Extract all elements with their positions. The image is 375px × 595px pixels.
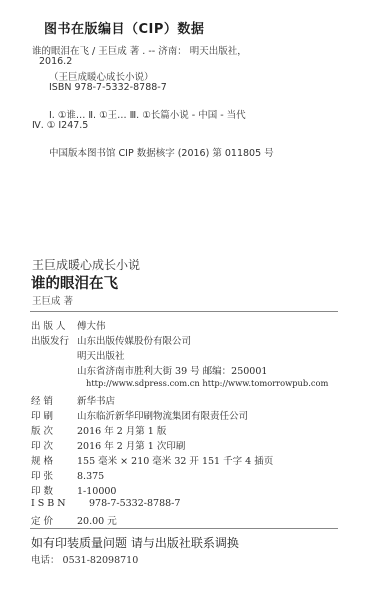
phone-number: 电话： 0531-82098710 [31, 552, 138, 566]
info-row-printing: 印 次2016 年 2 月第 1 次印刷 [31, 438, 185, 452]
info-value: 1-10000 [77, 486, 116, 497]
info-value: 2016 年 2 月第 1 版 [77, 423, 166, 437]
info-value: 978-7-5332-8788-7 [89, 498, 180, 509]
info-value: 2016 年 2 月第 1 次印刷 [77, 438, 185, 452]
info-row-sheets: 印 张8.375 [31, 468, 104, 482]
cip-record-isbn: ISBN 978-7-5332-8788-7 [49, 82, 167, 93]
info-row-printer: 印 刷山东临沂新华印刷物流集团有限责任公司 [31, 408, 248, 422]
cip-record-line1: 谁的眼泪在飞 / 王巨成 著 . -- 济南： 明天出版社， [32, 43, 247, 57]
info-label: 印 刷 [31, 408, 77, 422]
cip-record-line2: 2016.2 [39, 56, 72, 67]
info-row-format: 规 格155 毫米 × 210 毫米 32 开 151 千字 4 插页 [31, 453, 273, 467]
info-row-publisher: 出 版 人傅大伟 [31, 318, 106, 332]
info-row-press: 明天出版社 [31, 348, 125, 362]
info-row-edition: 版 次2016 年 2 月第 1 版 [31, 423, 166, 437]
info-label: I S B N [31, 498, 89, 509]
info-row-price: 定 价20.00 元 [31, 513, 117, 527]
info-value: 山东临沂新华印刷物流集团有限责任公司 [77, 408, 248, 422]
info-row-websites: http://www.sdpress.com.cn http://www.tom… [31, 378, 328, 388]
info-label: 规 格 [31, 453, 77, 467]
info-value: 新华书店 [77, 393, 115, 407]
cip-record-series: （王巨成暖心成长小说） [49, 69, 154, 83]
bottom-divider [30, 528, 338, 529]
info-value: 20.00 元 [77, 513, 117, 527]
info-value: http://www.sdpress.com.cn http://www.tom… [86, 378, 328, 388]
series-name: 王巨成暖心成长小说 [32, 256, 140, 273]
info-row-distributor: 出版发行山东出版传媒股份有限公司 [31, 333, 191, 347]
book-title: 谁的眼泪在飞 [31, 272, 118, 293]
info-label: 定 价 [31, 513, 77, 527]
info-row-seller: 经 销新华书店 [31, 393, 115, 407]
info-label: 经 销 [31, 393, 77, 407]
info-value: 傅大伟 [77, 318, 106, 332]
info-value: 8.375 [77, 471, 104, 482]
info-row-address: 山东省济南市胜利大街 39 号 邮编：250001 [31, 363, 267, 377]
info-label: 出版发行 [31, 333, 77, 347]
cip-verification: 中国版本图书馆 CIP 数据核字 (2016) 第 011805 号 [49, 145, 274, 159]
info-row-isbn: I S B N978-7-5332-8788-7 [31, 498, 180, 509]
author: 王巨成 著 [32, 293, 73, 307]
info-label: 印 次 [31, 438, 77, 452]
cip-heading: 图书在版编目（CIP）数据 [44, 18, 204, 37]
info-label: 版 次 [31, 423, 77, 437]
info-value: 山东出版传媒股份有限公司 [77, 333, 191, 347]
quality-notice: 如有印装质量问题 请与出版社联系调换 [31, 534, 239, 551]
info-label: 印 张 [31, 468, 77, 482]
info-value: 明天出版社 [77, 348, 125, 362]
info-value: 山东省济南市胜利大街 39 号 邮编：250001 [77, 363, 267, 377]
info-label: 出 版 人 [31, 318, 77, 332]
cip-subject-line2: Ⅳ. ① I247.5 [32, 120, 88, 131]
info-label: 印 数 [31, 483, 77, 497]
info-value: 155 毫米 × 210 毫米 32 开 151 千字 4 插页 [77, 453, 273, 467]
top-divider [30, 311, 338, 312]
cip-subject-line1: Ⅰ. ①谁… Ⅱ. ①王… Ⅲ. ①长篇小说 - 中国 - 当代 [49, 107, 246, 121]
info-row-print-run: 印 数1-10000 [31, 483, 116, 497]
